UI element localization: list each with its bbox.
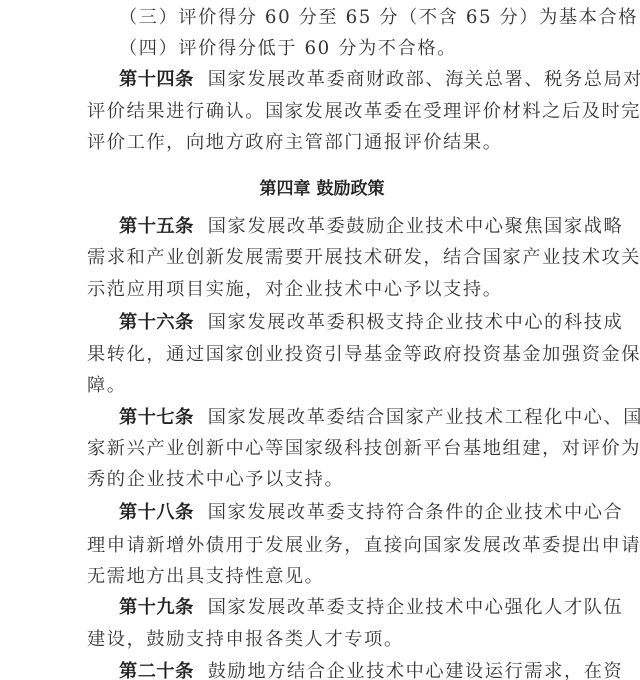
article-text: 示范应用项目实施，对企业技术中心予以支持。 xyxy=(87,278,503,302)
article-text: 果转化，通过国家创业投资引导基金等政府投资基金加强资金保 xyxy=(87,343,640,367)
article-text: 评价工作，向地方政府主管部门通报评价结果。 xyxy=(87,131,503,155)
article-text: 秀的企业技术中心予以支持。 xyxy=(87,468,344,492)
article-text: 鼓励地方结合企业技术中心建设运行需求，在资 xyxy=(208,661,624,680)
list-item: （三）评价得分 60 分至 65 分（不含 65 分）为基本合格； xyxy=(119,6,640,30)
article-19: 第十九条国家发展改革委支持企业技术中心强化人才队伍 xyxy=(119,596,623,620)
article-label: 第十五条 xyxy=(119,216,194,237)
article-text: 家新兴产业创新中心等国家级科技创新平台基地组建，对评价为优 xyxy=(87,437,640,461)
article-18: 第十八条国家发展改革委支持符合条件的企业技术中心合 xyxy=(119,501,623,525)
article-label: 第十六条 xyxy=(119,312,194,333)
article-14: 第十四条国家发展改革委商财政部、海关总署、税务总局对 xyxy=(119,68,640,92)
article-label: 第二十条 xyxy=(119,661,194,680)
article-label: 第十八条 xyxy=(119,502,194,523)
article-text: 国家发展改革委结合国家产业技术工程化中心、国 xyxy=(208,407,640,428)
article-text: 需求和产业创新发展需要开展技术研发，结合国家产业技术攻关、 xyxy=(87,246,640,270)
article-text: 国家发展改革委商财政部、海关总署、税务总局对 xyxy=(208,69,640,90)
article-label: 第十四条 xyxy=(119,69,194,90)
article-text: 无需地方出具支持性意见。 xyxy=(87,565,324,589)
article-20: 第二十条鼓励地方结合企业技术中心建设运行需求，在资 xyxy=(119,660,623,680)
article-label: 第十九条 xyxy=(119,597,194,618)
article-16: 第十六条国家发展改革委积极支持企业技术中心的科技成 xyxy=(119,311,623,335)
article-text: 国家发展改革委鼓励企业技术中心聚焦国家战略 xyxy=(208,216,624,237)
article-text: 评价结果进行确认。国家发展改革委在受理评价材料之后及时完成 xyxy=(87,100,640,124)
article-label: 第十七条 xyxy=(119,407,194,428)
article-text: 障。 xyxy=(87,374,127,398)
article-text: 建设，鼓励支持申报各类人才专项。 xyxy=(87,628,404,652)
article-15: 第十五条国家发展改革委鼓励企业技术中心聚焦国家战略 xyxy=(119,215,623,239)
article-17: 第十七条国家发展改革委结合国家产业技术工程化中心、国 xyxy=(119,406,640,430)
article-text: 理申请新增外债用于发展业务，直接向国家发展改革委提出申请， xyxy=(87,534,640,558)
chapter-heading: 第四章 鼓励政策 xyxy=(87,174,557,199)
list-item: （四）评价得分低于 60 分为不合格。 xyxy=(119,37,457,61)
article-text: 国家发展改革委支持符合条件的企业技术中心合 xyxy=(208,502,624,523)
article-text: 国家发展改革委支持企业技术中心强化人才队伍 xyxy=(208,597,624,618)
article-text: 国家发展改革委积极支持企业技术中心的科技成 xyxy=(208,312,624,333)
